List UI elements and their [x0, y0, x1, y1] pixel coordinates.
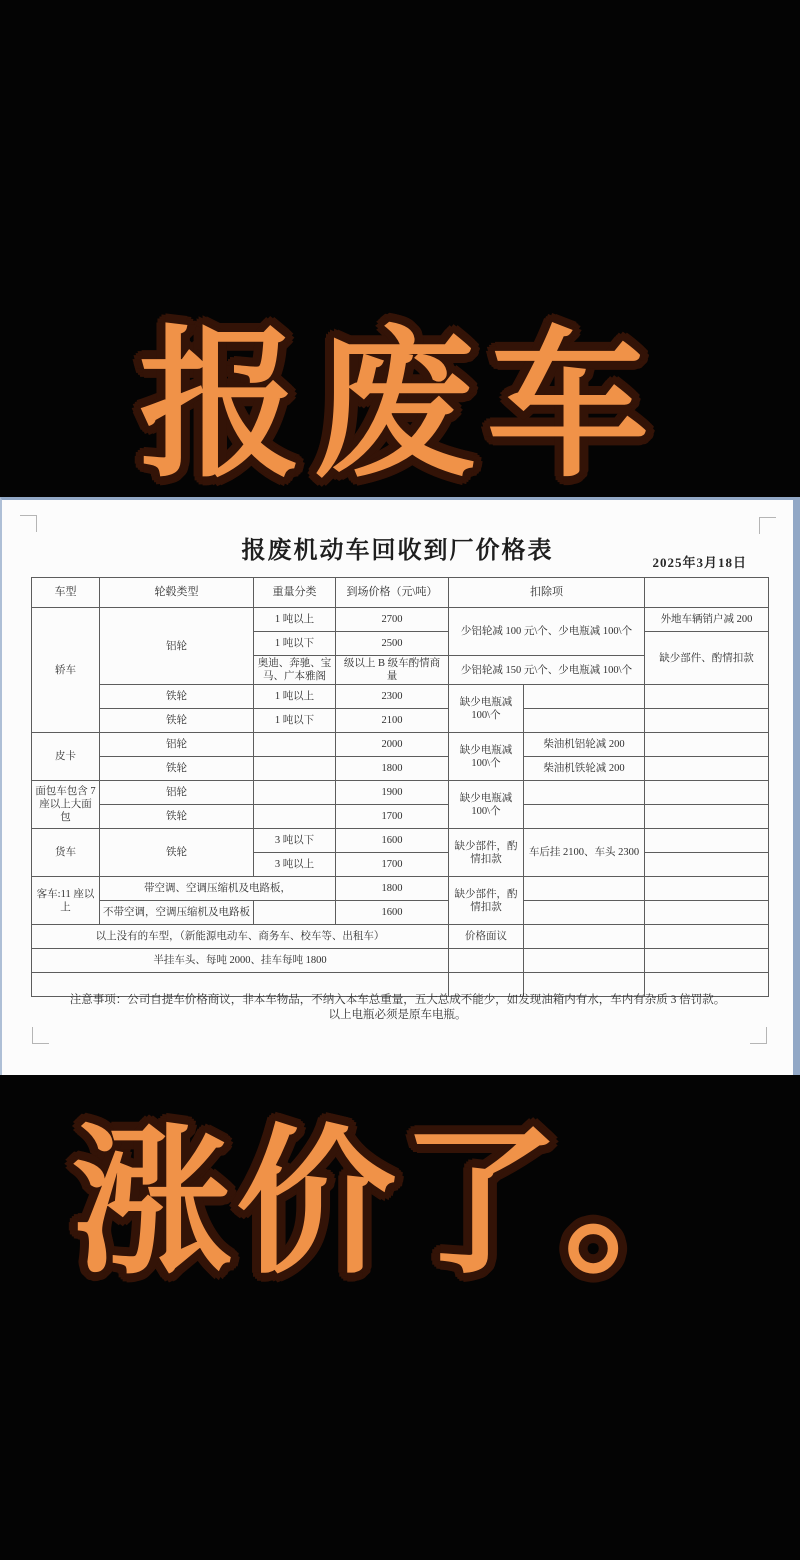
table-cell: 1 吨以上 — [254, 685, 336, 709]
table-cell — [645, 781, 769, 805]
table-header-cell: 到场价格（元\吨） — [336, 578, 449, 608]
table-cell: 1 吨以下 — [254, 632, 336, 656]
table-header-cell: 扣除项 — [449, 578, 645, 608]
table-header-cell: 车型 — [32, 578, 100, 608]
table-cell — [645, 949, 769, 973]
table-cell — [645, 709, 769, 733]
table-cell — [254, 901, 336, 925]
table-cell: 2700 — [336, 608, 449, 632]
table-cell: 2100 — [336, 709, 449, 733]
table-cell: 铝轮 — [100, 608, 254, 685]
table-header-cell: 重量分类 — [254, 578, 336, 608]
table-cell: 少铝轮减 100 元\个、少电瓶减 100\个 — [449, 608, 645, 656]
table-cell — [645, 877, 769, 901]
table-cell — [449, 949, 524, 973]
table-cell: 1800 — [336, 877, 449, 901]
table-cell: 不带空调，空调压缩机及电路板 — [100, 901, 254, 925]
price-table-body: 车型轮毂类型重量分类到场价格（元\吨）扣除项轿车铝轮1 吨以上2700少铝轮减 … — [32, 578, 769, 997]
table-cell — [524, 949, 645, 973]
table-cell — [524, 877, 645, 901]
crop-mark-bottom-left-icon — [32, 1027, 49, 1044]
table-cell: 半挂车头、每吨 2000、挂车每吨 1800 — [32, 949, 449, 973]
table-cell: 1700 — [336, 805, 449, 829]
table-cell: 铁轮 — [100, 805, 254, 829]
table-cell — [645, 685, 769, 709]
table-cell: 3 吨以上 — [254, 853, 336, 877]
table-cell: 缺少电瓶减 100\个 — [449, 685, 524, 733]
table-cell — [254, 781, 336, 805]
table-cell: 2300 — [336, 685, 449, 709]
table-cell — [524, 781, 645, 805]
table-row: 皮卡铝轮2000缺少电瓶减 100\个柴油机铝轮减 200 — [32, 733, 769, 757]
table-cell: 轿车 — [32, 608, 100, 733]
bottom-headline: 涨价了。 — [72, 1123, 728, 1283]
table-cell: 1700 — [336, 853, 449, 877]
table-row: 半挂车头、每吨 2000、挂车每吨 1800 — [32, 949, 769, 973]
table-row: 车型轮毂类型重量分类到场价格（元\吨）扣除项 — [32, 578, 769, 608]
table-cell — [524, 925, 645, 949]
table-row: 以上没有的车型，（新能源电动车、商务车、校车等、出租车）价格面议 — [32, 925, 769, 949]
table-cell — [645, 829, 769, 853]
table-cell: 铁轮 — [100, 685, 254, 709]
document-page: 报废机动车回收到厂价格表 2025年3月18日 车型轮毂类型重量分类到场价格（元… — [0, 497, 800, 1075]
table-cell: 少铝轮减 150 元\个、少电瓶减 100\个 — [449, 656, 645, 685]
table-cell: 铁轮 — [100, 709, 254, 733]
table-cell: 货车 — [32, 829, 100, 877]
table-cell: 铁轮 — [100, 829, 254, 877]
table-row: 铁轮1800柴油机铁轮减 200 — [32, 757, 769, 781]
table-cell: 铝轮 — [100, 733, 254, 757]
table-row: 铁轮1700 — [32, 805, 769, 829]
table-cell: 柴油机铁轮减 200 — [524, 757, 645, 781]
note-line: 以上电瓶必须是原车电瓶。 — [2, 1008, 793, 1023]
table-row: 不带空调，空调压缩机及电路板1600 — [32, 901, 769, 925]
table-cell: 皮卡 — [32, 733, 100, 781]
bottom-black-band: 涨价了。 — [0, 1075, 800, 1560]
table-cell: 缺少电瓶减 100\个 — [449, 733, 524, 781]
crop-mark-bottom-right-icon — [750, 1027, 767, 1044]
table-cell: 缺少部件，酌情扣款 — [449, 829, 524, 877]
table-row: 铁轮1 吨以下2100 — [32, 709, 769, 733]
table-cell — [524, 901, 645, 925]
table-cell: 铝轮 — [100, 781, 254, 805]
table-cell: 1600 — [336, 829, 449, 853]
table-cell — [524, 685, 645, 709]
table-row: 货车铁轮3 吨以下1600缺少部件，酌情扣款车后挂 2100、车头 2300 — [32, 829, 769, 853]
document-date: 2025年3月18日 — [652, 552, 747, 571]
table-cell — [645, 757, 769, 781]
table-cell: 1 吨以上 — [254, 608, 336, 632]
table-cell: 铁轮 — [100, 757, 254, 781]
table-cell — [645, 901, 769, 925]
table-cell: 1900 — [336, 781, 449, 805]
table-row: 轿车铝轮1 吨以上2700少铝轮减 100 元\个、少电瓶减 100\个外地车辆… — [32, 608, 769, 632]
table-cell — [524, 709, 645, 733]
table-header-cell — [645, 578, 769, 608]
table-cell — [254, 757, 336, 781]
table-cell: 车后挂 2100、车头 2300 — [524, 829, 645, 877]
table-cell — [645, 925, 769, 949]
table-cell: 2000 — [336, 733, 449, 757]
table-cell: 1800 — [336, 757, 449, 781]
table-cell — [645, 733, 769, 757]
table-cell: 缺少电瓶减 100\个 — [449, 781, 524, 829]
table-cell — [254, 733, 336, 757]
table-cell — [254, 805, 336, 829]
notes-block: 注意事项：公司自提车价格商议，非本车物品，不纳入本车总重量，五大总成不能少，如发… — [2, 993, 793, 1023]
top-black-band: 报废车 — [0, 0, 800, 497]
top-headline: 报废车 — [139, 325, 661, 487]
table-cell: 1 吨以下 — [254, 709, 336, 733]
table-cell: 奥迪、奔驰、宝马、广本雅阁 — [254, 656, 336, 685]
table-cell: 柴油机铝轮减 200 — [524, 733, 645, 757]
table-header-cell: 轮毂类型 — [100, 578, 254, 608]
table-row: 客车:11 座以上带空调、空调压缩机及电路板，1800缺少部件，酌情扣款 — [32, 877, 769, 901]
table-cell: 级以上 B 级车酌情商量 — [336, 656, 449, 685]
table-cell — [524, 805, 645, 829]
table-cell: 3 吨以下 — [254, 829, 336, 853]
note-line: 注意事项：公司自提车价格商议，非本车物品，不纳入本车总重量，五大总成不能少，如发… — [2, 993, 793, 1008]
table-cell — [645, 853, 769, 877]
table-cell: 以上没有的车型，（新能源电动车、商务车、校车等、出租车） — [32, 925, 449, 949]
table-row: 面包车包含 7 座以上大面包铝轮1900缺少电瓶减 100\个 — [32, 781, 769, 805]
table-cell: 缺少部件、酌情扣款 — [645, 632, 769, 685]
table-cell: 外地车辆销户减 200 — [645, 608, 769, 632]
table-cell: 1600 — [336, 901, 449, 925]
table-cell: 缺少部件，酌情扣款 — [449, 877, 524, 925]
table-cell: 2500 — [336, 632, 449, 656]
table-cell: 价格面议 — [449, 925, 524, 949]
table-row: 铁轮1 吨以上2300缺少电瓶减 100\个 — [32, 685, 769, 709]
table-cell: 带空调、空调压缩机及电路板， — [100, 877, 336, 901]
table-cell — [645, 805, 769, 829]
table-cell: 客车:11 座以上 — [32, 877, 100, 925]
table-cell: 面包车包含 7 座以上大面包 — [32, 781, 100, 829]
price-table: 车型轮毂类型重量分类到场价格（元\吨）扣除项轿车铝轮1 吨以上2700少铝轮减 … — [31, 577, 769, 997]
